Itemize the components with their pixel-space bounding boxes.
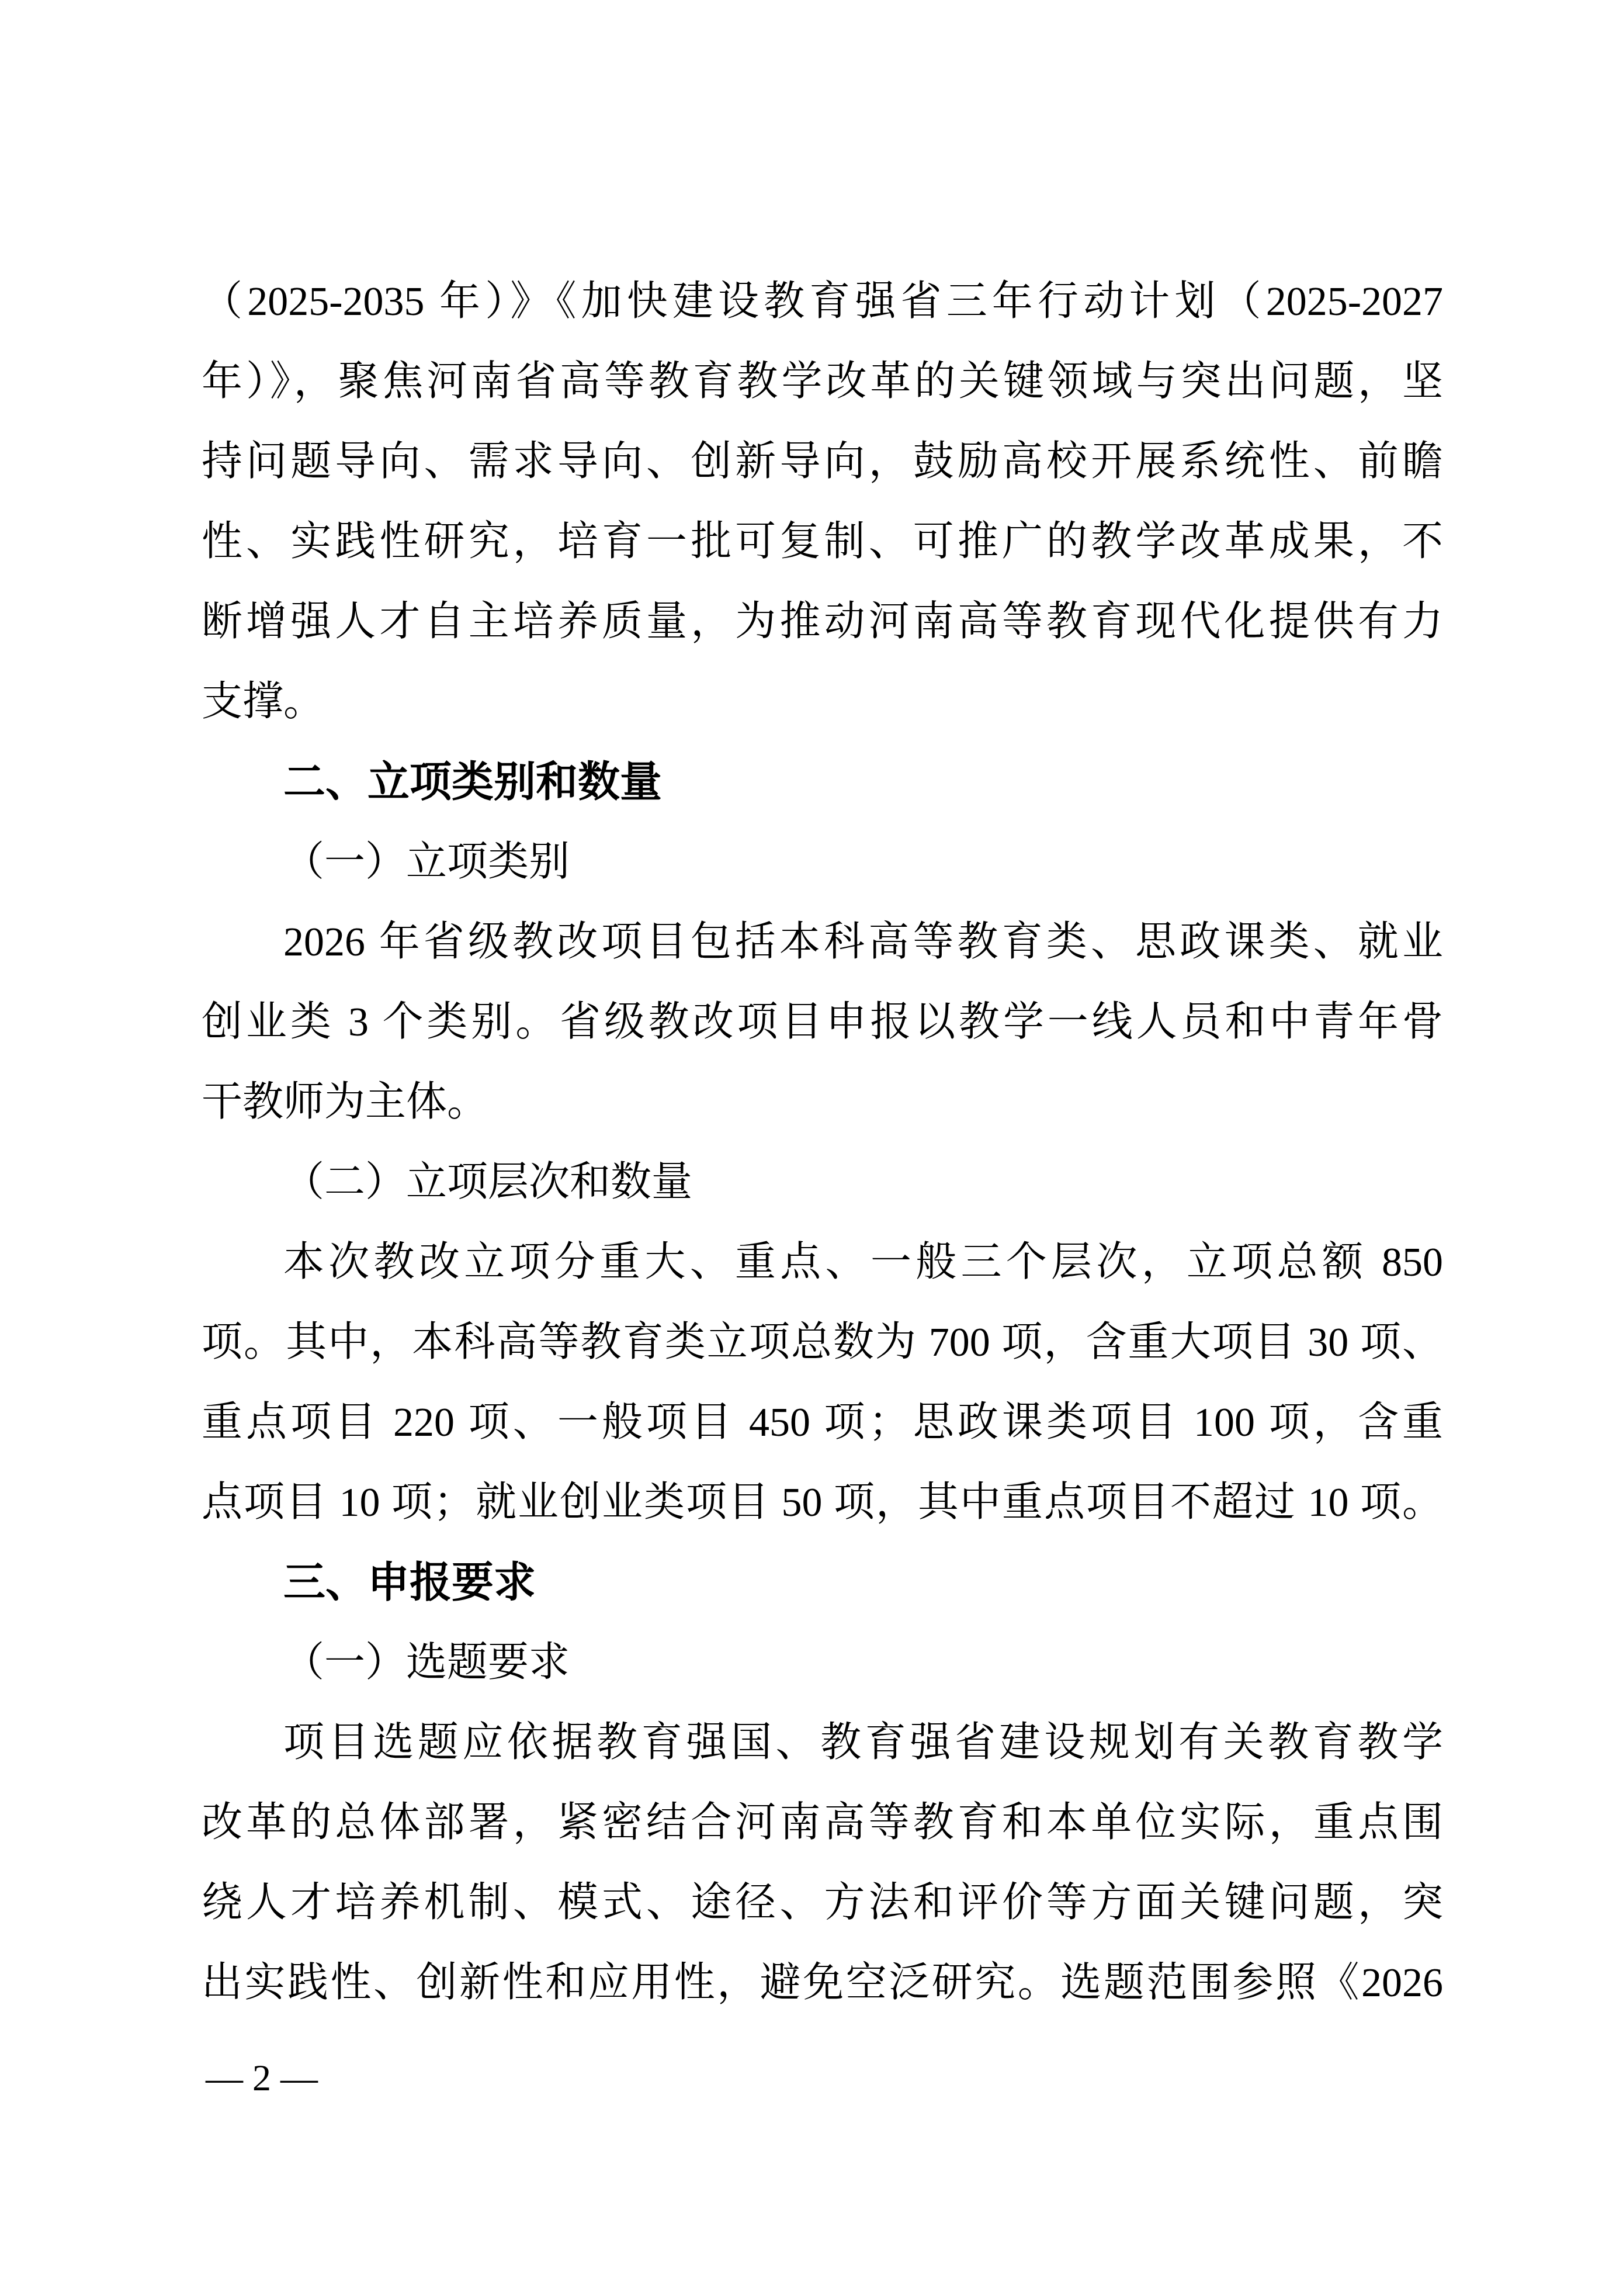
body-text-line: 干教师为主体。 bbox=[202, 1062, 1443, 1142]
body-text-line: 项。其中，本科高等教育类立项总数为 700 项，含重大项目 30 项、 bbox=[202, 1303, 1443, 1383]
sub-heading: （二）立项层次和数量 bbox=[202, 1142, 1443, 1223]
sub-heading: （一）选题要求 bbox=[202, 1623, 1443, 1703]
body-text-line: 点项目 10 项；就业创业类项目 50 项，其中重点项目不超过 10 项。 bbox=[202, 1463, 1443, 1543]
body-text-line: 2026 年省级教改项目包括本科高等教育类、思政课类、就业 bbox=[202, 902, 1443, 982]
body-text-line: 项目选题应依据教育强国、教育强省建设规划有关教育教学 bbox=[202, 1703, 1443, 1783]
document-body: （2025-2035 年）》《加快建设教育强省三年行动计划（2025-2027年… bbox=[202, 262, 1443, 2023]
body-text-line: 创业类 3 个类别。省级教改项目申报以教学一线人员和中青年骨 bbox=[202, 982, 1443, 1062]
body-text-line: 重点项目 220 项、一般项目 450 项；思政课类项目 100 项，含重 bbox=[202, 1383, 1443, 1463]
sub-heading: （一）立项类别 bbox=[202, 822, 1443, 902]
body-text-line: 绕人才培养机制、模式、途径、方法和评价等方面关键问题，突 bbox=[202, 1863, 1443, 1943]
body-text-line: 支撑。 bbox=[202, 662, 1443, 742]
body-text-line: 性、实践性研究，培育一批可复制、可推广的教学改革成果，不 bbox=[202, 502, 1443, 582]
section-heading: 三、申报要求 bbox=[202, 1543, 1443, 1623]
body-text-line: 出实践性、创新性和应用性，避免空泛研究。选题范围参照《2026 bbox=[202, 1943, 1443, 2023]
body-text-line: 本次教改立项分重大、重点、一般三个层次，立项总额 850 bbox=[202, 1223, 1443, 1303]
body-text-line: 年）》，聚焦河南省高等教育教学改革的关键领域与突出问题，坚 bbox=[202, 342, 1443, 422]
section-heading: 二、立项类别和数量 bbox=[202, 742, 1443, 822]
body-text-line: 改革的总体部署，紧密结合河南高等教育和本单位实际，重点围 bbox=[202, 1783, 1443, 1863]
body-text-line: （2025-2035 年）》《加快建设教育强省三年行动计划（2025-2027 bbox=[202, 262, 1443, 342]
body-text-line: 持问题导向、需求导向、创新导向，鼓励高校开展系统性、前瞻 bbox=[202, 422, 1443, 502]
document-page: （2025-2035 年）》《加快建设教育强省三年行动计划（2025-2027年… bbox=[0, 0, 1623, 2296]
body-text-line: 断增强人才自主培养质量，为推动河南高等教育现代化提供有力 bbox=[202, 582, 1443, 662]
page-number: — 2 — bbox=[206, 2055, 318, 2101]
